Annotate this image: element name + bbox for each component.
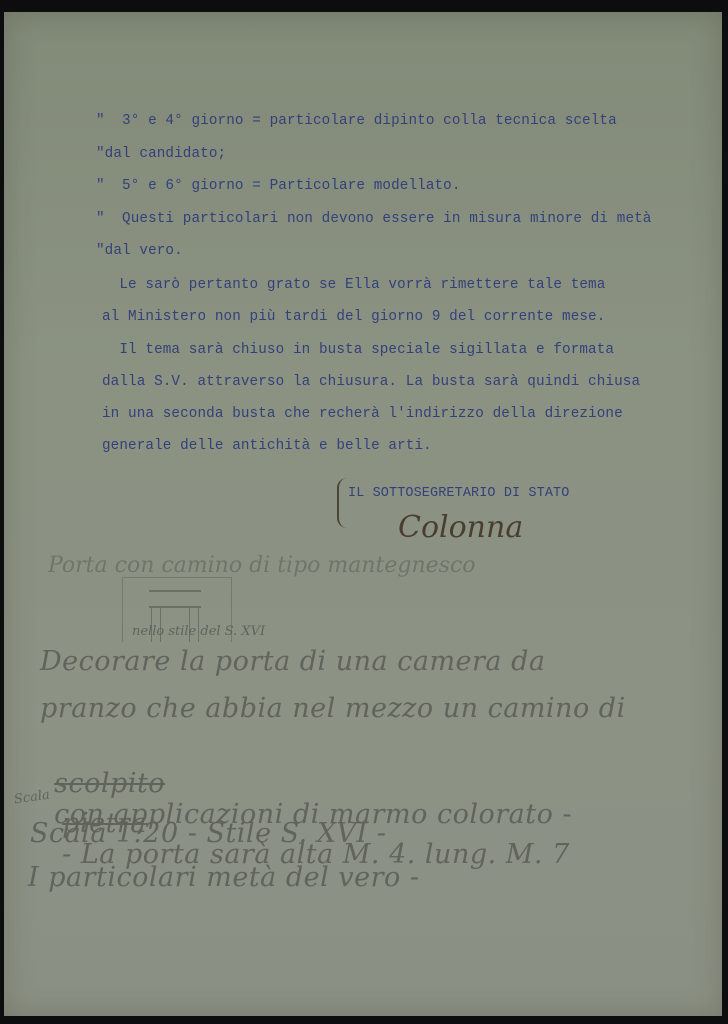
handwritten-interlinear: nello stile del S. XVI xyxy=(132,624,265,639)
handwritten-note: Decorare la porta di una camera da xyxy=(40,646,546,677)
typed-line: Le sarò pertanto grato se Ella vorrà rim… xyxy=(102,277,605,293)
typed-line: al Ministero non più tardi del giorno 9 … xyxy=(102,309,605,325)
typed-line: "dal candidato; xyxy=(96,146,226,162)
handwritten-note: pranzo che abbia nel mezzo un camino di xyxy=(40,693,626,724)
typed-line: generale delle antichità e belle arti. xyxy=(102,438,432,454)
handwritten-note: Scala 1:20 - Stile S. XVI - xyxy=(30,818,386,849)
handwritten-note: Porta con camino di tipo mantegnesco xyxy=(48,553,476,578)
signature-bracket xyxy=(337,478,347,528)
typed-line: "dal vero. xyxy=(96,243,183,259)
typed-line: " Questi particolari non devono essere i… xyxy=(96,211,652,227)
typed-line: in una seconda busta che recherà l'indir… xyxy=(102,406,623,422)
typed-line: " 3° e 4° giorno = particolare dipinto c… xyxy=(96,113,617,129)
typed-line: " 5° e 6° giorno = Particolare modellato… xyxy=(96,178,461,194)
typed-line: Il tema sarà chiuso in busta speciale si… xyxy=(102,342,614,358)
signatory-title: IL SOTTOSEGRETARIO DI STATO xyxy=(348,486,569,501)
handwritten-note: I particolari metà del vero - xyxy=(28,862,419,893)
typed-line: dalla S.V. attraverso la chiusura. La bu… xyxy=(102,374,640,390)
signature: Colonna xyxy=(398,510,523,545)
